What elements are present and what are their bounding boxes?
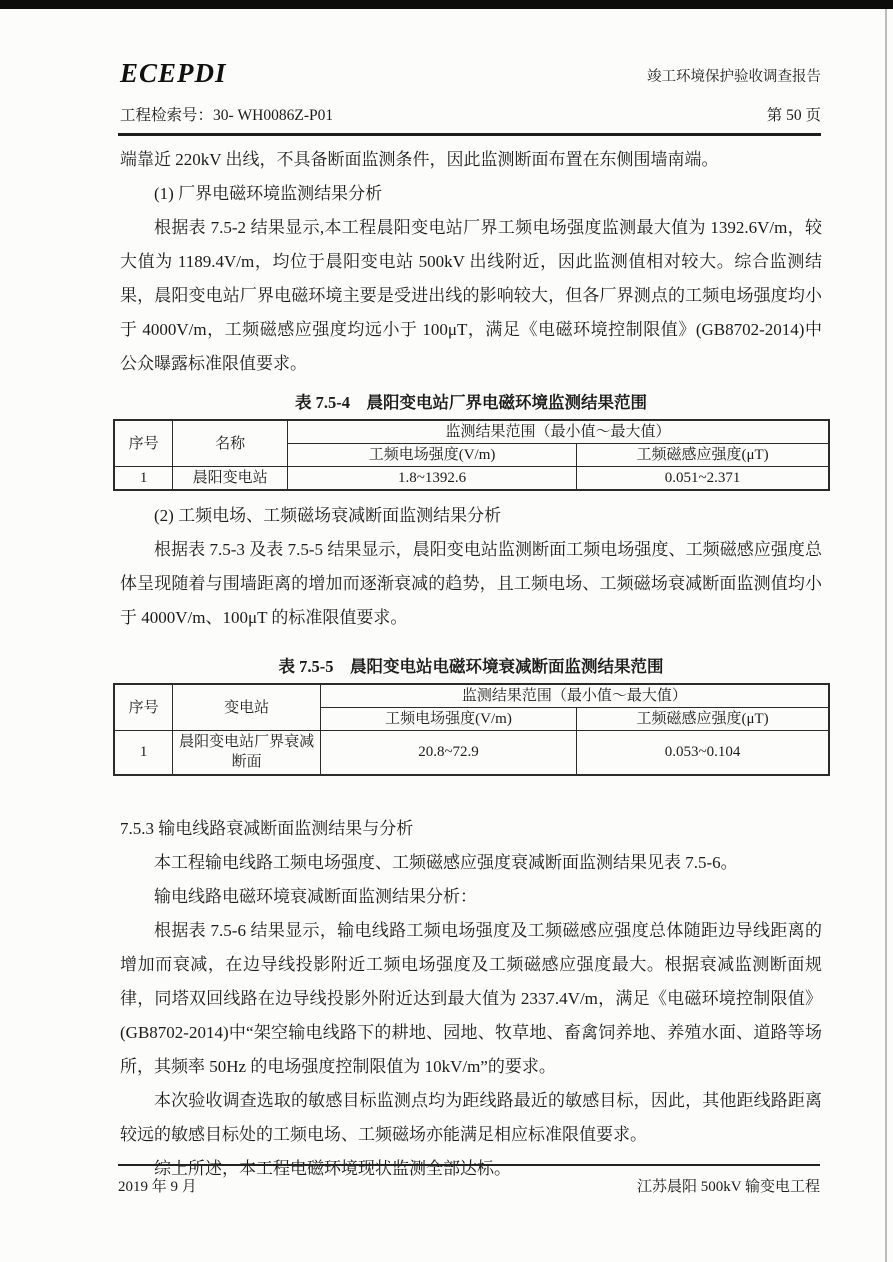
column-header-efield: 工频电场强度(V/m): [320, 708, 576, 731]
page-number: 第 50 页: [767, 103, 821, 125]
column-header-efield: 工频电场强度(V/m): [287, 444, 576, 467]
doc-number: 工程检索号：30- WH0086Z-P01: [120, 103, 333, 125]
report-title: 竣工环境保护验收调查报告: [647, 65, 821, 89]
document-body: 端靠近 220kV 出线，不具备断面监测条件，因此监测断面布置在东侧围墙南端。 …: [120, 136, 822, 1186]
paragraph: 根据表 7.5-3 及表 7.5-5 结果显示，晨阳变电站监测断面工频电场强度、…: [120, 533, 822, 635]
company-logo: ECEPDI: [120, 58, 227, 89]
list-item-heading: (1) 厂界电磁环境监测结果分析: [120, 177, 822, 211]
header-row-bottom: 工程检索号：30- WH0086Z-P01 第 50 页: [120, 103, 821, 125]
table-row: 1 晨阳变电站厂界衰减断面 20.8~72.9 0.053~0.104: [114, 731, 829, 775]
table-754: 序号 名称 监测结果范围（最小值～最大值） 工频电场强度(V/m) 工频磁感应强…: [113, 419, 830, 491]
page-header: ECEPDI 竣工环境保护验收调查报告 工程检索号：30- WH0086Z-P0…: [0, 0, 893, 125]
paragraph: 根据表 7.5-6 结果显示，输电线路工频电场强度及工频磁感应强度总体随距边导线…: [120, 914, 822, 1084]
column-header-bfield: 工频磁感应强度(μT): [577, 444, 829, 467]
cell-efield: 20.8~72.9: [320, 731, 576, 775]
column-header-name: 名称: [173, 420, 288, 467]
paragraph: 本次验收调查选取的敏感目标监测点均为距线路最近的敏感目标，因此，其他距线路距离较…: [120, 1084, 822, 1152]
footer-date: 2019 年 9 月: [118, 1175, 197, 1196]
list-item-heading: (2) 工频电场、工频磁场衰减断面监测结果分析: [120, 499, 822, 533]
table-row: 1 晨阳变电站 1.8~1392.6 0.051~2.371: [114, 467, 829, 491]
cell-bfield: 0.051~2.371: [577, 467, 829, 491]
table-row: 序号 名称 监测结果范围（最小值～最大值）: [114, 420, 829, 444]
scan-right-edge: [885, 9, 887, 1262]
cell-bfield: 0.053~0.104: [577, 731, 829, 775]
table-755: 序号 变电站 监测结果范围（最小值～最大值） 工频电场强度(V/m) 工频磁感应…: [113, 683, 830, 776]
scan-top-edge: [0, 0, 893, 9]
report-page: ECEPDI 竣工环境保护验收调查报告 工程检索号：30- WH0086Z-P0…: [0, 0, 893, 1262]
table-row: 序号 变电站 监测结果范围（最小值～最大值）: [114, 684, 829, 708]
cell-name: 晨阳变电站厂界衰减断面: [173, 731, 321, 775]
paragraph: 根据表 7.5-2 结果显示,本工程晨阳变电站厂界工频电场强度监测最大值为 13…: [120, 211, 822, 381]
table-754-caption: 表 7.5-4 晨阳变电站厂界电磁环境监测结果范围: [120, 391, 822, 415]
section-heading-753: 7.5.3 输电线路衰减断面监测结果与分析: [120, 812, 822, 846]
column-header-name: 变电站: [173, 684, 321, 731]
page-footer: 2019 年 9 月 江苏晨阳 500kV 输变电工程: [118, 1164, 820, 1196]
paragraph: 本工程输电线路工频电场强度、工频磁感应强度衰减断面监测结果见表 7.5-6。: [120, 846, 822, 880]
footer-project-name: 江苏晨阳 500kV 输变电工程: [637, 1175, 820, 1196]
cell-index: 1: [114, 467, 173, 491]
column-header-range-group: 监测结果范围（最小值～最大值）: [320, 684, 829, 708]
cell-name: 晨阳变电站: [173, 467, 288, 491]
header-row-top: ECEPDI 竣工环境保护验收调查报告: [120, 58, 821, 89]
paragraph: 输电线路电磁环境衰减断面监测结果分析：: [120, 880, 822, 914]
column-header-range-group: 监测结果范围（最小值～最大值）: [287, 420, 829, 444]
column-header-bfield: 工频磁感应强度(μT): [577, 708, 829, 731]
column-header-index: 序号: [114, 684, 173, 731]
cell-efield: 1.8~1392.6: [287, 467, 576, 491]
table-755-caption: 表 7.5-5 晨阳变电站电磁环境衰减断面监测结果范围: [120, 655, 822, 679]
paragraph: 端靠近 220kV 出线，不具备断面监测条件，因此监测断面布置在东侧围墙南端。: [120, 143, 822, 177]
cell-index: 1: [114, 731, 173, 775]
column-header-index: 序号: [114, 420, 173, 467]
